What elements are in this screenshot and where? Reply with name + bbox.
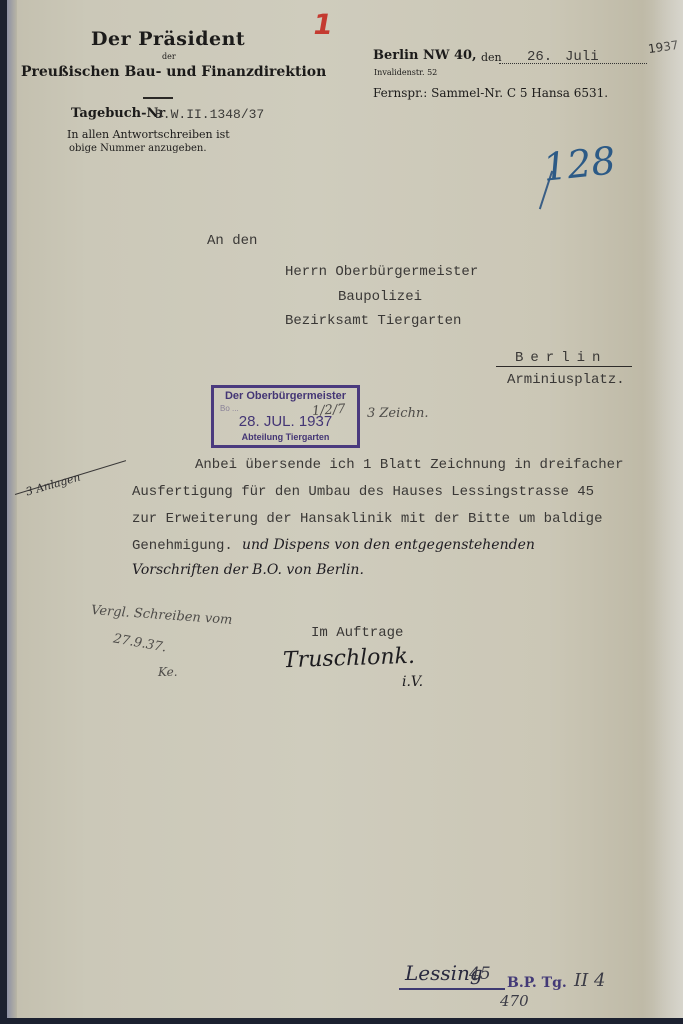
reply-note-line1: In allen Antwortschreiben ist: [67, 128, 230, 141]
handwritten-addition1: und Dispens von den entgegenstehenden: [242, 537, 535, 553]
recipient-line4: Bezirksamt Tiergarten: [285, 313, 461, 329]
stamp-line1: Der Oberbürgermeister: [214, 390, 357, 402]
date-month: Juli: [565, 49, 599, 65]
recipient-city: Berlin: [515, 350, 607, 366]
margin-note-enclosures: 3 Anlagen: [24, 470, 82, 498]
recipient-line2: Herrn Oberbürgermeister: [285, 264, 478, 280]
body-line3: zur Erweiterung der Hansaklinik mit der …: [132, 511, 602, 527]
letterhead-department: Preußischen Bau- und Finanzdirektion: [21, 64, 326, 80]
document-page: 1 Der Präsident der Preußischen Bau- und…: [7, 0, 683, 1018]
red-page-number: 1: [310, 8, 335, 41]
pencil-note-line2: 27.9.37.: [112, 631, 168, 655]
stamp-handwritten-note: 1/2/7: [312, 402, 347, 419]
letterhead-title: Der Präsident: [91, 28, 245, 50]
recipient-address: Arminiusplatz.: [507, 372, 625, 388]
pencil-note-line1: Vergl. Schreiben vom: [91, 603, 233, 628]
pencil-note-line3: Ke.: [158, 665, 178, 679]
blue-file-number: 128: [541, 138, 618, 189]
drawings-count-note: 3 Zeichn.: [367, 406, 428, 421]
body-line2: Ausfertigung für den Umbau des Hauses Le…: [132, 484, 594, 500]
body-line1: Anbei übersende ich 1 Blatt Zeichnung in…: [195, 457, 623, 473]
street-address: Invalidenstr. 52: [374, 68, 437, 77]
letterhead-of: der: [162, 52, 176, 61]
background-edge: [0, 1018, 683, 1024]
handwritten-addition2: Vorschriften der B.O. von Berlin.: [132, 562, 364, 578]
stamp-line2: Bo ...: [220, 404, 239, 413]
recipient-line1: An den: [207, 233, 257, 249]
signature: Truschlonk.: [283, 644, 416, 674]
place: Berlin NW 40,: [373, 48, 477, 63]
footer-section: II 4: [574, 970, 605, 991]
closing-text: Im Auftrage: [311, 625, 403, 641]
date-year: 1937: [647, 38, 679, 56]
letterhead-divider: [143, 97, 173, 99]
signature-suffix: i.V.: [402, 674, 423, 690]
reply-note-line2: obige Nummer anzugeben.: [69, 143, 207, 154]
tagebuch-number: B.W.II.1348/37: [155, 107, 264, 122]
date-day: 26.: [527, 49, 552, 65]
footer-stamp: B.P. Tg.: [507, 975, 567, 991]
recipient-line3: Baupolizei: [338, 289, 422, 305]
city-underline: [496, 366, 632, 367]
stamp-line4: Abteilung Tiergarten: [214, 432, 357, 442]
footer-sub-number: 470: [500, 992, 529, 1010]
footer-underline: [399, 988, 505, 990]
footer-reference-number: 45: [469, 964, 491, 984]
tagebuch-label: Tagebuch-Nr: [71, 106, 165, 121]
phone-number: Fernspr.: Sammel-Nr. C 5 Hansa 6531.: [373, 86, 608, 100]
body-line4: Genehmigung.: [132, 538, 233, 554]
